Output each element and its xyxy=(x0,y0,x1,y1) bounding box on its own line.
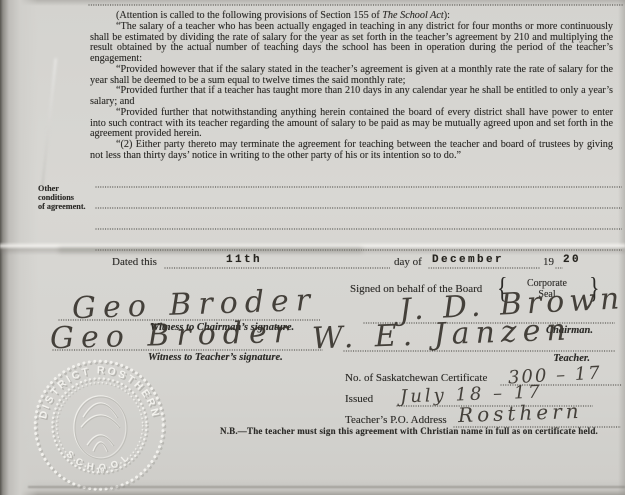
svg-text:19: 19 xyxy=(96,467,104,474)
blank-rule xyxy=(95,207,622,209)
blank-rule xyxy=(95,186,622,188)
po-address-label: Teacher’s P.O. Address xyxy=(345,414,447,426)
day-of-label: day of xyxy=(394,256,422,268)
provisions-section: (Attention is called to the following pr… xyxy=(90,11,613,162)
year-prefix-label: 19 xyxy=(543,256,554,268)
issued-label: Issued xyxy=(345,393,373,405)
seal-year-text: 19 19 xyxy=(96,467,105,475)
fold-shadow xyxy=(58,247,363,253)
embossed-seal: DISTRICT ROSTHERN DISTRICT ROSTHERN SCHO… xyxy=(24,356,180,495)
paper-wrinkle xyxy=(41,58,57,187)
year-typed-value: 20 xyxy=(563,254,581,266)
scanned-agreement-page: (Attention is called to the following pr… xyxy=(0,0,625,495)
teacher-signature-line xyxy=(343,350,616,352)
month-typed-value: December xyxy=(432,254,504,266)
year-blank-rule xyxy=(555,267,563,269)
body-paragraph: “The salary of a teacher who has been ac… xyxy=(90,22,613,65)
po-address-value: Rosthern xyxy=(458,399,583,427)
blank-rule xyxy=(95,228,622,230)
body-paragraph: “(2) Either party thereto may terminate … xyxy=(90,140,613,162)
teacher-caption: Teacher. xyxy=(480,353,590,364)
witness-signature-line xyxy=(52,349,323,351)
wheat-sheaf-emblem xyxy=(74,396,127,459)
school-act-italic: The School Act xyxy=(382,10,444,21)
month-blank-rule xyxy=(428,267,540,269)
page-bottom-edge xyxy=(28,486,625,488)
day-blank-rule xyxy=(164,267,390,269)
body-paragraph: “Provided further that if a teacher has … xyxy=(90,86,613,108)
day-typed-value: 11th xyxy=(226,254,262,266)
nb-footnote: N.B.—The teacher must sign this agreemen… xyxy=(220,426,598,436)
top-dotted-rule xyxy=(88,4,624,6)
dated-this-label: Dated this xyxy=(112,256,157,268)
certificate-number-label: No. of Saskatchewan Certificate xyxy=(345,372,487,384)
body-paragraph: “Provided further that notwithstanding a… xyxy=(90,108,613,140)
body-paragraph: “Provided however that if the salary sta… xyxy=(90,65,613,87)
